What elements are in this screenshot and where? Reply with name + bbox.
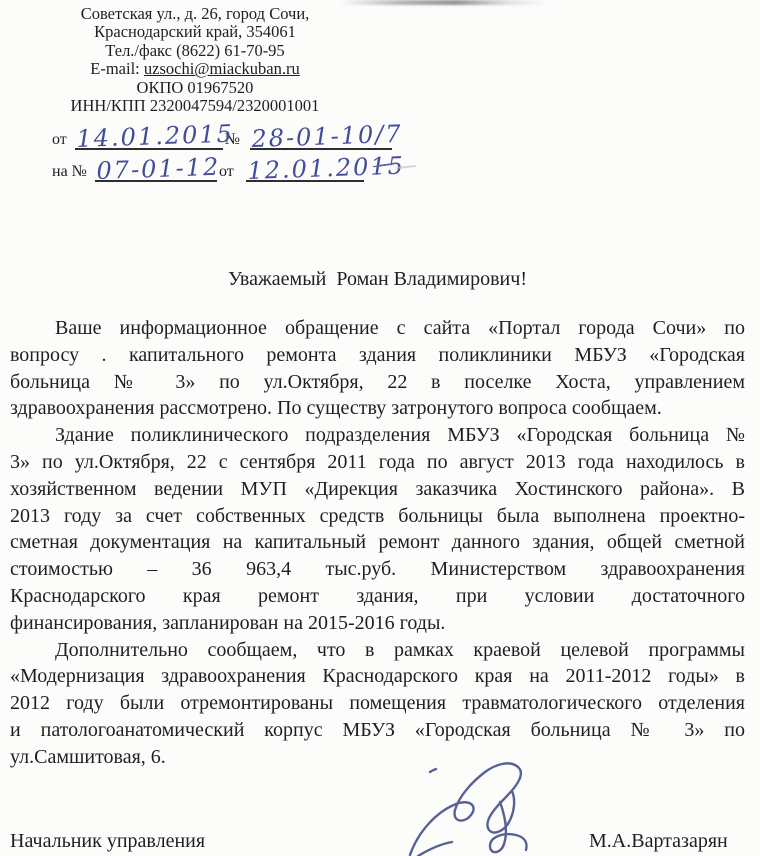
letterhead-address-line1: Советская ул., д. 26, город Сочи,: [15, 5, 375, 23]
body-line: 2013 году за счет собственных средств бо…: [10, 503, 745, 530]
salutation: Уважаемый Роман Владимирович!: [10, 268, 745, 291]
body-line: вопросу . капитального ремонта здания по…: [10, 342, 745, 369]
body-line: Дополнительно сообщаем, что в рамках кра…: [10, 637, 745, 664]
from-label: от: [50, 131, 69, 150]
body-line: здравоохранения рассмотрено. По существу…: [10, 395, 745, 422]
reference-row-outgoing: от 14.01.2015 № 28-01-10/7: [50, 126, 392, 150]
body-line: Краснодарского края ремонт здания, при у…: [10, 583, 745, 610]
letterhead-phone: Тел./факс (8622) 61-70-95: [15, 42, 375, 60]
email-label: E-mail:: [90, 59, 144, 78]
body-line: и патологоанатомический корпус МБУЗ «Гор…: [10, 717, 745, 744]
letterhead-okpo: ОКПО 01967520: [15, 79, 375, 97]
handwritten-signature: [408, 760, 578, 856]
letterhead-address-line2: Краснодарский край, 354061: [15, 23, 375, 41]
body-line: больница № 3» по ул.Октября, 22 в поселк…: [10, 369, 745, 396]
body-line: Ваше информационное обращение с сайта «П…: [10, 315, 745, 342]
email-address: uzsochi@miackuban.ru: [144, 59, 300, 78]
body-line: Здание поликлинического подразделения МБ…: [10, 422, 745, 449]
signer-name: М.А.Вартазарян: [589, 830, 728, 853]
reply-date-line: 12.01.2015: [246, 158, 364, 182]
body-line: ул.Самшитовая, 6.: [10, 744, 745, 771]
body-line: финансирования, запланирован на 2015-201…: [10, 610, 745, 637]
paragraph-2: Здание поликлинического подразделения МБ…: [10, 422, 745, 636]
reply-label: на №: [50, 163, 89, 182]
letterhead-inn-kpp: ИНН/КПП 2320047594/2320001001: [15, 97, 375, 115]
body-line: хозяйственном ведении МУП «Дирекция зака…: [10, 476, 745, 503]
letterhead-email-line: E-mail: uzsochi@miackuban.ru: [15, 60, 375, 78]
paragraph-1: Ваше информационное обращение с сайта «П…: [10, 315, 745, 422]
handwritten-reply-date: 12.01.2015: [247, 152, 405, 185]
signer-position: Начальник управления: [10, 830, 205, 853]
letterhead: Советская ул., д. 26, город Сочи, Красно…: [15, 5, 375, 115]
body-line: стоимостью – 36 963,4 тыс.руб. Министерс…: [10, 556, 745, 583]
body-line: 3» по ул.Октября, 22 с сентября 2011 год…: [10, 449, 745, 476]
letter-body: Ваше информационное обращение с сайта «П…: [10, 315, 745, 771]
body-line: «Модернизация здравоохранения Краснодарс…: [10, 663, 745, 690]
from-date-line: 14.01.2015: [75, 126, 223, 150]
handwritten-reply-number: 07-01-12: [96, 153, 221, 185]
handwritten-number: 28-01-10/7: [251, 120, 403, 153]
reference-row-reply: на № 07-01-12 от 12.01.2015: [50, 158, 364, 182]
body-line: 2012 году были отремонтированы помещения…: [10, 690, 745, 717]
scanned-letter-page: Советская ул., д. 26, город Сочи, Красно…: [0, 0, 760, 856]
number-line: 28-01-10/7: [250, 126, 392, 150]
handwritten-from-date: 14.01.2015: [76, 120, 234, 153]
body-line: сметная документация на капитальный ремо…: [10, 529, 745, 556]
reply-number-line: 07-01-12: [95, 158, 217, 182]
paragraph-3: Дополнительно сообщаем, что в рамках кра…: [10, 637, 745, 771]
